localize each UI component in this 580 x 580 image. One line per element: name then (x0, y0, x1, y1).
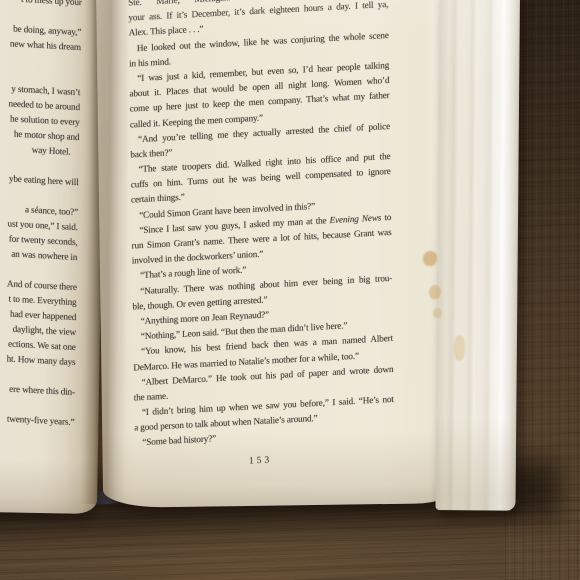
right-page-text: Ste. Marie, Michigan. It’s … snow up toy… (128, 0, 394, 472)
book-text-line: your ass. If it’s December, it’s dark ei… (128, 0, 388, 26)
left-page-text: t to mess up your be doing, anyway,”new … (0, 0, 82, 430)
book-text-line: Alex. This place . . .” (129, 12, 389, 41)
left-page-line (0, 354, 75, 385)
book-text-line: “And you’re telling me they actually arr… (130, 119, 390, 148)
left-page-line: he motor shop and (0, 114, 80, 145)
left-page-line: t to me. Everything (0, 279, 77, 310)
gutter-shadow (79, 0, 130, 504)
left-page-line (0, 249, 77, 280)
left-page-line: t to mess up your (0, 0, 82, 10)
book-text-line: He looked out the window, like he was co… (129, 27, 389, 56)
left-page-line: he solution to every (0, 99, 80, 130)
book-text-line: involved in the dockworkers’ union.” (132, 240, 392, 269)
book-text-line: “Nothing,” Leon said. “But then the man … (133, 316, 393, 345)
book-text-line: a good person to talk about when Natalie… (134, 407, 394, 436)
book-text-line: run Simon Grant’s name. There were a lot… (132, 225, 392, 254)
left-page-line: daylight, the view (0, 309, 76, 340)
book-text-line: “Could Simon Grant have been involved in… (131, 195, 391, 224)
book-text-line: in his mind. (129, 43, 389, 72)
book-text-line: “I didn’t bring him up when we saw you b… (134, 392, 394, 421)
book-text-line: called it. Keeping the men company.” (130, 103, 390, 132)
left-page-line: needed to be around (0, 84, 80, 115)
book-text-line: certain things.” (131, 179, 391, 208)
left-page-line: new what his dream (0, 24, 81, 55)
left-page-line: And of course there (0, 264, 77, 295)
left-page-line: ere where this din- (0, 369, 75, 400)
stain-spot (433, 308, 442, 318)
left-page-line: a séance, too?” (0, 189, 78, 220)
book-text-line: “Some bad history?” (134, 422, 394, 451)
left-page-line: ust you one,” I said. (0, 204, 78, 235)
stain-spot (454, 335, 465, 361)
right-page: Ste. Marie, Michigan. It’s … snow up toy… (96, 0, 455, 508)
left-page-line: for twenty seconds, (0, 219, 78, 250)
book-text-line: DeMarco. He was married to Natalie’s mot… (133, 346, 393, 375)
book-photo: t to mess up your be doing, anyway,”new … (0, 0, 580, 580)
left-page-line: had ever happened (0, 294, 76, 325)
book-text-line: “The state troopers did. Walked right in… (130, 149, 390, 178)
left-page-line: ht. How many days (0, 339, 76, 370)
book-text-line: “Since I last saw you guys, I asked my m… (131, 210, 391, 239)
book-text-line: “Naturally. There was nothing about him … (132, 270, 392, 299)
book-text-line: ble, though. Or even getting arrested.” (132, 286, 392, 315)
left-page-line: an was nowhere in (0, 234, 77, 265)
stain-spot (423, 251, 437, 266)
book-text-line: “You know, his best friend back then was… (133, 331, 393, 360)
book-text-line: back then?” (130, 134, 390, 163)
book-text-line: “That’s a rough line of work.” (132, 255, 392, 284)
book-text-line: “Anything more on Jean Reynaud?” (133, 301, 393, 330)
left-page-line: y stomach, I wasn’t (0, 69, 80, 100)
left-page-line (0, 384, 75, 415)
book-text-line: “Albert DeMarco.” He took out his pad of… (133, 362, 393, 391)
book-text-line: come up here just to keep the men compan… (130, 88, 390, 117)
book-text-line: Ste. Marie, Michigan. It’s … snow up to (128, 0, 388, 11)
left-page-line: be doing, anyway,” (0, 9, 81, 40)
left-page-line: ections. We sat one (0, 324, 76, 355)
book-text-line: cuffs on him. Turns out he was being wel… (131, 164, 391, 193)
book-text-line: “I was just a kid, remember, but even so… (129, 58, 389, 87)
left-page-line (0, 39, 81, 70)
stain-spot (429, 285, 441, 299)
fore-edge-pages (435, 0, 520, 511)
left-page-line: twenty-five years.” (0, 399, 75, 430)
left-page-line (0, 54, 81, 85)
left-page-line: way Hotel. (0, 129, 79, 160)
left-page-line (0, 174, 78, 205)
book-text-line: the name. (134, 377, 394, 406)
page-number: 153 (131, 449, 391, 473)
left-page-line (0, 0, 82, 25)
left-page-line (0, 144, 79, 175)
book-text-line: about it. Places that would be open all … (129, 73, 389, 102)
left-page-line: ybe eating here will (0, 159, 79, 190)
